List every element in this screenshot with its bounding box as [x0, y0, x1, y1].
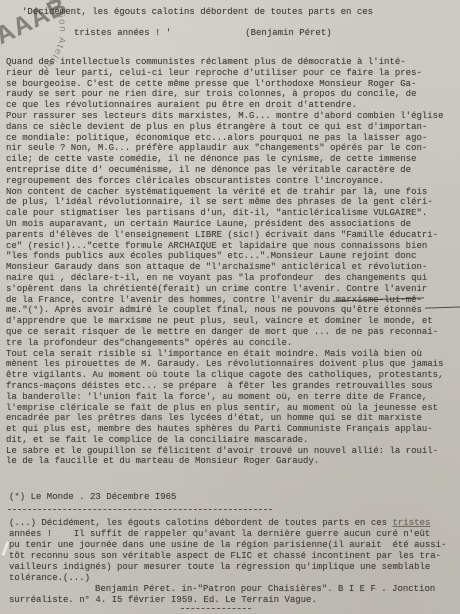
text-line: Un mois auparavant, un certain Maurice L…	[6, 219, 460, 230]
body-line-with-strike: de la France, contre l'avenir des hommes…	[6, 295, 460, 306]
text-line: dans ce siècle devient de plus en plus é…	[6, 122, 460, 133]
text-line: encadrée par les prêtres dans les lycées…	[6, 413, 460, 424]
text-line: Non content de cacher systématiquement l…	[6, 187, 460, 198]
text-line: et qui plus est, membre des hautes sphèr…	[6, 424, 460, 435]
strike-line-prefix: de la France, contre l'avenir des hommes…	[6, 295, 335, 305]
quote-attribution-line1: Benjamin Péret. in-"Patron pour Chaisièr…	[9, 584, 446, 595]
text-line: naire qui , déclare-t-il, en ne voyant p…	[6, 273, 460, 284]
separator-dashed-line	[8, 509, 272, 510]
text-line: Monsieur Garaudy dans son attaque de "l'…	[6, 262, 460, 273]
text-line: d'apprendre que le marxisme ne peut plus…	[6, 316, 460, 327]
text-line: entreprise dite d' oecuménisme, il ne dé…	[6, 165, 460, 176]
quote-line1-text: (...) Décidément, les égouts calotins dé…	[9, 518, 392, 528]
quote-line1: (...) Décidément, les égouts calotins dé…	[9, 518, 446, 529]
text-line: s'opèrent dans la chrétienté(ferait) un …	[6, 284, 460, 295]
text-line: être vigilants. Au moment où toute la cl…	[6, 370, 460, 381]
text-line: cile; de cette vaste comédie, il ne déno…	[6, 154, 460, 165]
epigraph: 'Décidément, les égouts calotins déborde…	[22, 7, 373, 39]
text-line: rieur de leur parti, celui-ci leur repro…	[6, 68, 460, 79]
text-line: tolérance.(...)	[9, 573, 446, 584]
text-line: Pour rassurer ses lecteurs dits marxiste…	[6, 111, 460, 122]
text-line: que ce serait risquer de le mettre en da…	[6, 327, 460, 338]
epigraph-attribution: (Benjamin Péret)	[245, 28, 331, 38]
text-line: la banderolle: 'l'union fait la force', …	[6, 392, 460, 403]
body-lines-upper: Quand des intellectuels communistes récl…	[6, 57, 460, 295]
text-line: de plus, l'idéal révolutionnaire, il se …	[6, 197, 460, 208]
text-line: nir seule ? Non, M.G... préfère applaudi…	[6, 143, 460, 154]
text-line: se bourgeoise. C'est de cette même press…	[6, 79, 460, 90]
text-line: tôt reconnu sous son véritable aspect de…	[9, 551, 446, 562]
text-line: ce que les révolutionnaires auraient pu …	[6, 100, 460, 111]
text-line: l'emprise cléricale se fait de plus en p…	[6, 403, 460, 414]
text-line: Quand des intellectuels communistes récl…	[6, 57, 460, 68]
document-page: Association Atelier Association Atelier …	[0, 0, 460, 614]
pen-margin-line	[425, 307, 460, 309]
body-lines-lower: d'apprendre que le marxisme ne peut plus…	[6, 316, 460, 467]
text-line: vailleurs indignés) pour mesurer toute l…	[9, 562, 446, 573]
epigraph-line2-row: tristes années ! '(Benjamin Péret)	[22, 28, 373, 39]
pen-strikethrough-text: marxisme-lui-mê-	[335, 295, 421, 305]
text-line: raudy se sert pour ne rien dire, sur tro…	[6, 89, 460, 100]
epigraph-line1: 'Décidément, les égouts calotins déborde…	[22, 7, 373, 18]
body-text: Quand des intellectuels communistes récl…	[6, 57, 460, 467]
text-line: francs-maçons déistes etc... se prépare …	[6, 381, 460, 392]
text-line: tre la profondeur des"changements" opéré…	[6, 338, 460, 349]
penline-text: me."(°). Après avoir admiré le couplet f…	[6, 305, 422, 315]
text-line: années ! Il suffit de rappeler qu'avant …	[9, 529, 446, 540]
text-line: Le sabre et le goupillon se félicitent d…	[6, 446, 460, 457]
quote-block: (...) Décidément, les égouts calotins dé…	[9, 518, 446, 606]
text-line: regroupement des forces cléricales obscu…	[6, 176, 460, 187]
text-line: Tout cela serait risible si l'importance…	[6, 349, 460, 360]
footnote: (°) Le Monde . 23 Décembre I965	[9, 492, 176, 503]
underlined-word: tristes	[392, 518, 430, 528]
text-line: cale pour stigmatiser les partisans d'un…	[6, 208, 460, 219]
body-line-with-penline: me."(°). Après avoir admiré le couplet f…	[6, 305, 460, 316]
text-line: le de la faucille et du marteau de Monsi…	[6, 456, 460, 467]
quote-attribution-line2: surréaliste. n° 4. I5 février I959. Ed. …	[9, 595, 446, 606]
text-line: pu tenir une journée dans une usine de l…	[9, 540, 446, 551]
epigraph-line2: tristes années ! '	[74, 28, 171, 38]
text-line: ce mondiale: politique, économique etc..…	[6, 133, 460, 144]
bottom-dash-line	[181, 608, 251, 609]
text-line: mènent les pirouettes de M. Garaudy. Les…	[6, 359, 460, 370]
text-line: "les fonds publics aux écoles publiques"…	[6, 251, 460, 262]
text-line: parents d'élèves de l'enseignement LIBRE…	[6, 230, 460, 241]
text-line: dit, et se fait le complice de la concil…	[6, 435, 460, 446]
text-line: ce" (resic!)..."cette formule ARCHAIQUE …	[6, 241, 460, 252]
quote-lines: années ! Il suffit de rappeler qu'avant …	[9, 529, 446, 584]
